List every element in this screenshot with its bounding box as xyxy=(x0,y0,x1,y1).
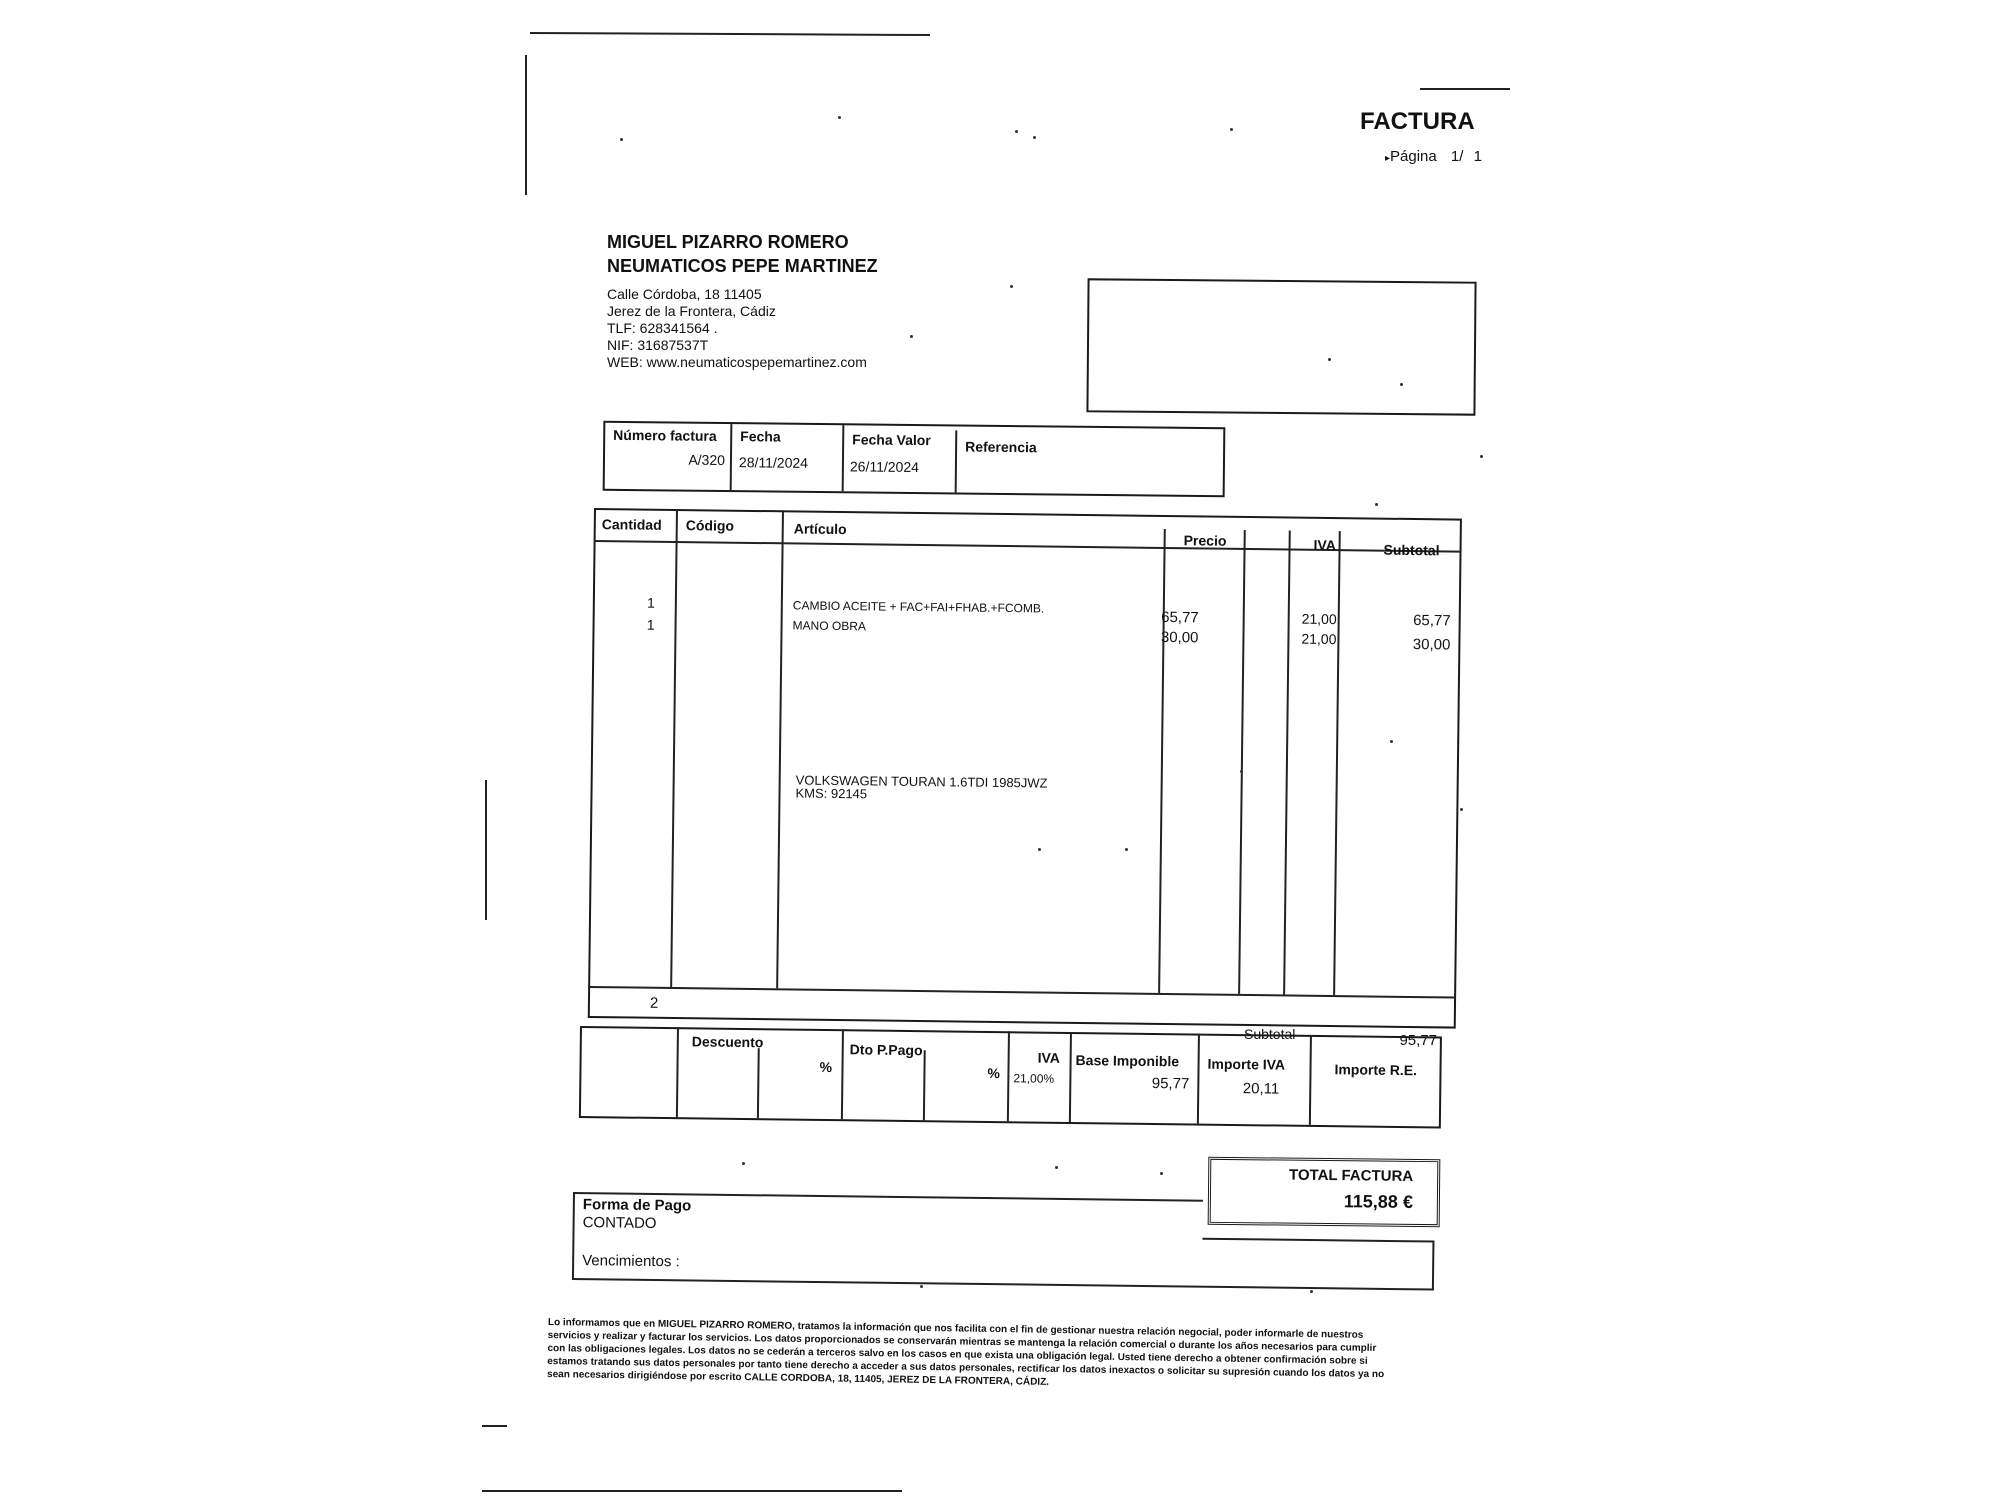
scan-edge-bottom-small xyxy=(482,1425,507,1427)
scan-speck xyxy=(1480,455,1483,458)
column-header-subtotal: Subtotal xyxy=(1383,542,1439,559)
header-fecha-valor: Fecha Valor xyxy=(852,431,931,448)
invoice-info-box: Número factura Fecha Fecha Valor Referen… xyxy=(603,421,1226,498)
recipient-address-box xyxy=(1086,278,1476,415)
scan-speck xyxy=(742,1162,745,1165)
importe-iva-value: 20,11 xyxy=(1243,1080,1280,1097)
row-price: 30,00 xyxy=(1161,629,1199,646)
iva-label: IVA xyxy=(1038,1050,1061,1066)
scan-speck xyxy=(620,138,623,141)
column-header-articulo: Artículo xyxy=(794,520,847,537)
scan-speck xyxy=(1240,770,1243,773)
header-numero-factura: Número factura xyxy=(613,427,717,444)
column-header-precio: Precio xyxy=(1184,532,1227,549)
scan-speck xyxy=(1375,503,1378,506)
scan-edge-left xyxy=(525,55,527,195)
page-current: 1 xyxy=(1451,148,1459,165)
page-indicator: ▸Página 1/ 1 xyxy=(1385,148,1482,165)
scan-speck xyxy=(838,116,841,119)
row-article: MANO OBRA xyxy=(792,618,866,633)
scan-speck xyxy=(1015,130,1018,133)
tax-summary-table: Descuento % Dto P.Pago % IVA 21,00% Base… xyxy=(579,1026,1442,1137)
header-referencia: Referencia xyxy=(965,439,1037,456)
payment-box: Forma de Pago CONTADO Vencimientos : xyxy=(571,1192,1435,1333)
issuer-address: Calle Córdoba, 18 11405 xyxy=(607,286,878,303)
importe-iva-label: Importe IVA xyxy=(1207,1056,1285,1073)
issuer-city: Jerez de la Frontera, Cádiz xyxy=(607,303,878,320)
legal-notice: Lo informamos que en MIGUEL PIZARRO ROME… xyxy=(547,1316,1448,1395)
document-title: FACTURA xyxy=(1360,108,1475,136)
issuer-web: WEB: www.neumaticospepemartinez.com xyxy=(607,354,878,371)
vehicle-kilometers: KMS: 92145 xyxy=(795,785,867,801)
scan-edge-bottom xyxy=(482,1490,902,1492)
scan-edge-left-lower xyxy=(485,780,487,920)
row-subtotal: 30,00 xyxy=(1413,636,1451,653)
total-quantity: 2 xyxy=(650,995,659,1012)
column-header-codigo: Código xyxy=(686,517,734,534)
scan-speck xyxy=(1310,1290,1313,1293)
scan-speck xyxy=(1328,358,1331,361)
scan-speck xyxy=(1230,128,1233,131)
dto-pago-percent: % xyxy=(987,1065,1000,1081)
items-table: Cantidad Código Artículo Precio IVA Subt… xyxy=(588,508,1462,1029)
header-fecha: Fecha xyxy=(740,428,781,444)
page-label: Página xyxy=(1390,148,1437,165)
scan-speck xyxy=(1010,285,1013,288)
row-subtotal: 65,77 xyxy=(1413,612,1451,629)
scan-speck xyxy=(1125,848,1128,851)
scan-speck xyxy=(1390,740,1393,743)
scan-speck xyxy=(910,335,913,338)
descuento-percent: % xyxy=(819,1059,832,1075)
row-price: 65,77 xyxy=(1161,609,1199,626)
issuer-phone: TLF: 628341564 . xyxy=(607,320,878,337)
invoice-value-date: 26/11/2024 xyxy=(850,458,919,475)
scan-edge-top xyxy=(530,32,930,36)
issuer-business: NEUMATICOS PEPE MARTINEZ xyxy=(607,254,878,278)
due-dates-label: Vencimientos : xyxy=(582,1252,680,1270)
scan-speck xyxy=(1160,1172,1163,1175)
importe-re-label: Importe R.E. xyxy=(1334,1061,1417,1078)
scan-edge-topright xyxy=(1420,88,1510,90)
scan-speck xyxy=(1033,136,1036,139)
column-header-iva: IVA xyxy=(1314,537,1337,553)
issuer-block: MIGUEL PIZARRO ROMERO NEUMATICOS PEPE MA… xyxy=(607,230,878,371)
issuer-nif: NIF: 31687537T xyxy=(607,337,878,354)
row-iva: 21,00 xyxy=(1301,631,1336,647)
scan-speck xyxy=(1460,808,1463,811)
invoice-number: A/320 xyxy=(688,452,725,468)
payment-method-value: CONTADO xyxy=(583,1214,657,1232)
page-total: 1 xyxy=(1474,148,1482,165)
descuento-label: Descuento xyxy=(692,1033,764,1050)
payment-method-label: Forma de Pago xyxy=(583,1196,692,1214)
base-imponible-label: Base Imponible xyxy=(1076,1052,1180,1069)
scan-speck xyxy=(1038,848,1041,851)
invoice-date: 28/11/2024 xyxy=(739,454,808,471)
column-header-cantidad: Cantidad xyxy=(602,516,662,533)
scan-speck xyxy=(1055,1166,1058,1169)
scan-speck xyxy=(1400,383,1403,386)
issuer-name: MIGUEL PIZARRO ROMERO xyxy=(607,230,878,254)
base-imponible-value: 95,77 xyxy=(1152,1075,1190,1092)
dto-pago-label: Dto P.Pago xyxy=(850,1041,923,1058)
scan-speck xyxy=(920,1285,923,1288)
total-label: TOTAL FACTURA xyxy=(1289,1167,1413,1185)
row-iva: 21,00 xyxy=(1302,611,1337,627)
iva-value: 21,00% xyxy=(1013,1071,1054,1085)
row-quantity: 1 xyxy=(647,617,655,633)
row-quantity: 1 xyxy=(647,595,655,611)
